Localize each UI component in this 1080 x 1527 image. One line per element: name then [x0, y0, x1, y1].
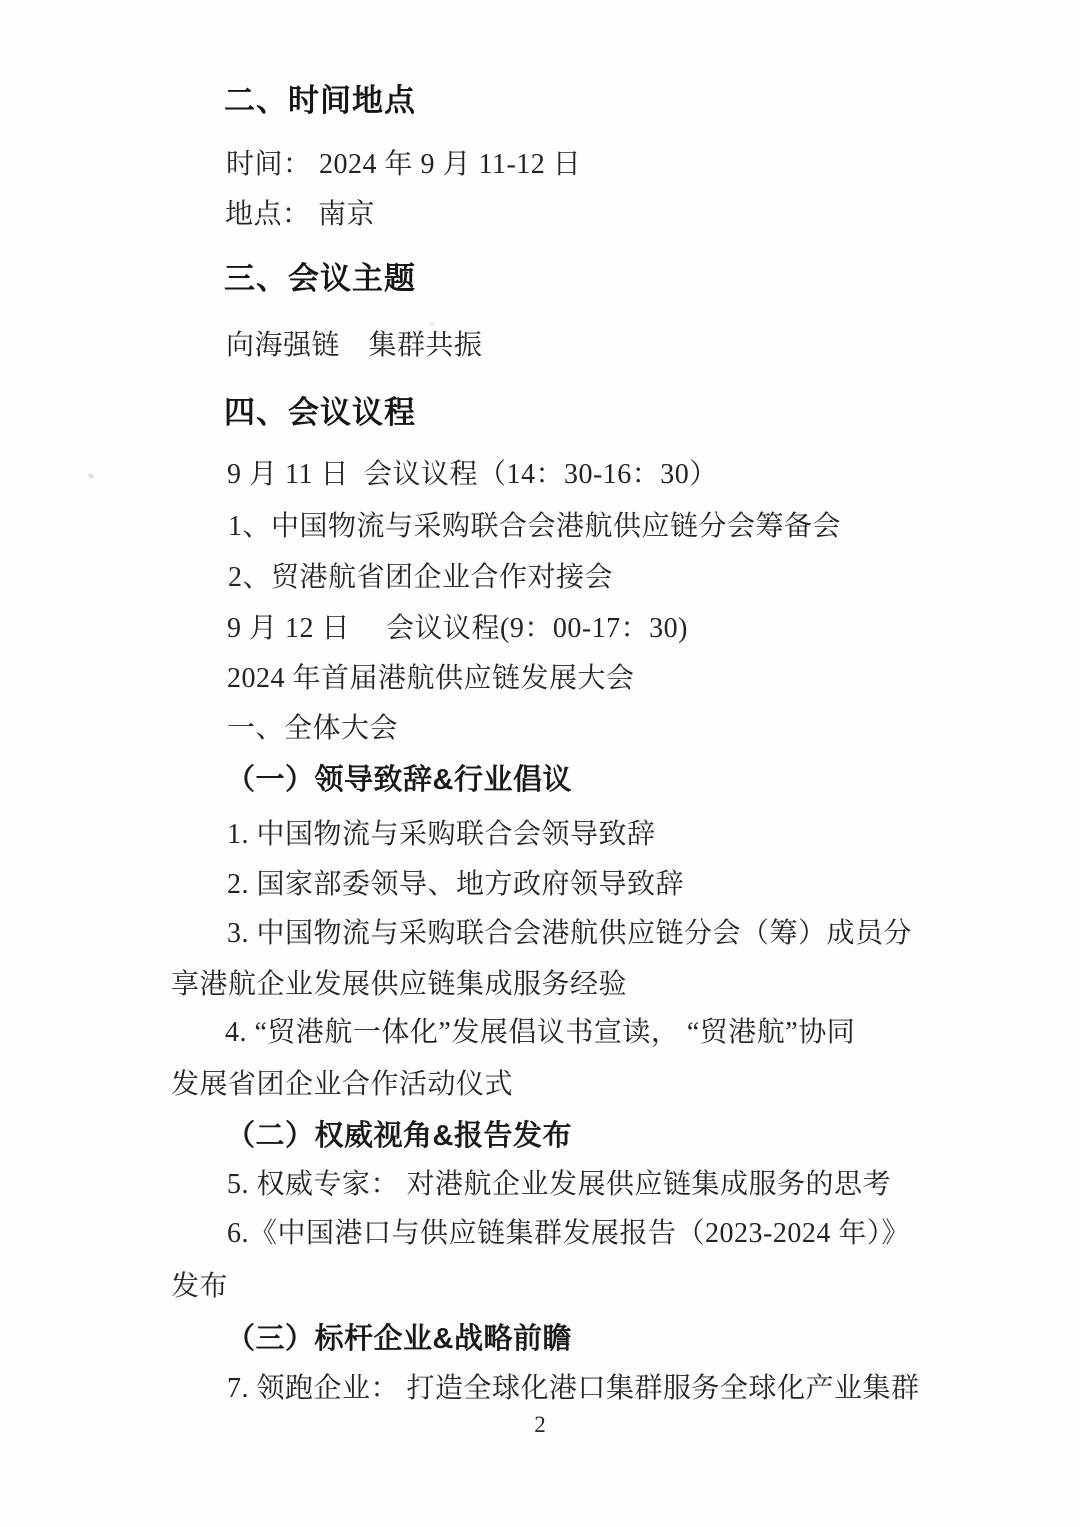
scan-speck-2: [430, 322, 434, 325]
day1-title: 9 月 11 日 会议议程（14：30-16：30）: [227, 459, 718, 491]
part1-item-2: 2. 国家部委领导、地方政府领导致辞: [227, 869, 684, 901]
theme-line: 向海强链 集群共振: [226, 330, 483, 362]
part2-heading: （二）权威视角&报告发布: [226, 1120, 572, 1153]
day2-title: 9 月 12 日 会议议程(9：00-17：30): [227, 613, 688, 645]
part1-item-1: 1. 中国物流与采购联合会领导致辞: [227, 819, 656, 851]
part2-item-6-line-1: 6.《中国港口与供应链集群发展报告（2023-2024 年）》: [227, 1218, 910, 1250]
heading-agenda: 四、会议议程: [224, 395, 416, 431]
page-number: 2: [0, 1412, 1080, 1438]
part1-heading: （一）领导致辞&行业倡议: [226, 764, 572, 797]
part2-item-5: 5. 权威专家： 对港航企业发展供应链集成服务的思考: [227, 1169, 891, 1201]
day1-item-1: 1、中国物流与采购联合会港航供应链分会筹备会: [228, 511, 841, 543]
scanned-document-page: 二、时间地点 时间： 2024 年 9 月 11-12 日 地点： 南京 三、会…: [0, 0, 1080, 1527]
part1-item-4-line-2: 发展省团企业合作活动仪式: [171, 1069, 513, 1101]
heading-theme: 三、会议主题: [224, 261, 416, 297]
heading-time-location: 二、时间地点: [224, 83, 416, 119]
location-line: 地点： 南京: [225, 199, 375, 231]
conference-title: 2024 年首届港航供应链发展大会: [227, 663, 635, 695]
part1-item-3-line-2: 享港航企业发展供应链集成服务经验: [171, 969, 627, 1001]
part3-heading: （三）标杆企业&战略前瞻: [226, 1323, 572, 1356]
day1-item-2: 2、贸港航省团企业合作对接会: [228, 562, 613, 594]
part1-item-3-line-1: 3. 中国物流与采购联合会港航供应链分会（筹）成员分: [227, 918, 912, 950]
plenary-heading: 一、全体大会: [227, 713, 398, 745]
scan-speck-1: [87, 473, 94, 479]
part3-item-7: 7. 领跑企业： 打造全球化港口集群服务全球化产业集群: [227, 1373, 920, 1405]
part2-item-6-line-2: 发布: [171, 1271, 228, 1303]
part1-item-4-line-1: 4. “贸港航一体化”发展倡议书宣读， “贸港航”协同: [225, 1017, 855, 1049]
time-line: 时间： 2024 年 9 月 11-12 日: [226, 149, 581, 181]
